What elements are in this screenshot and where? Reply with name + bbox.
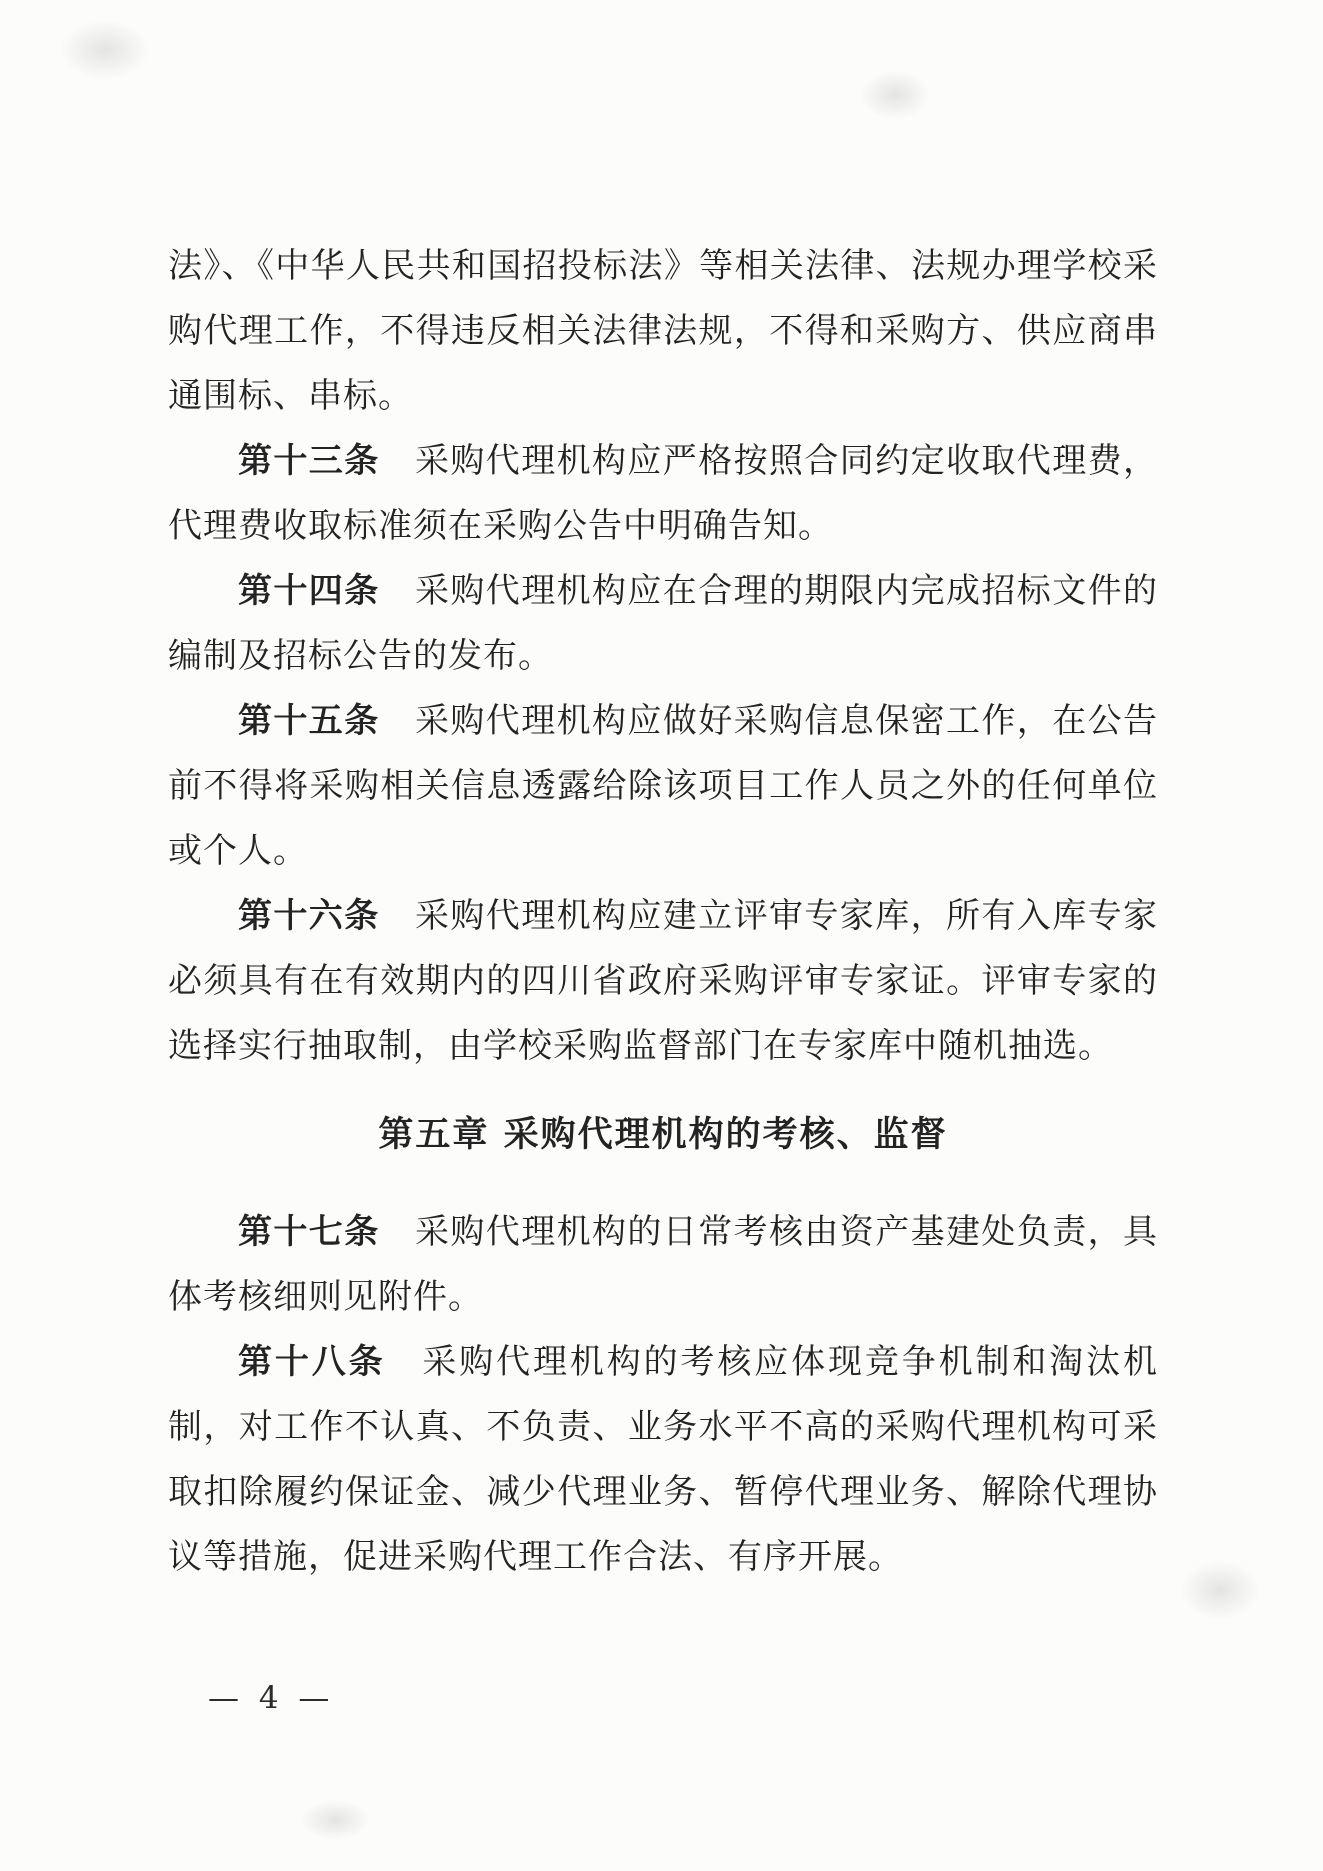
paragraph: 第十三条 采购代理机构应严格按照合同约定收取代理费，代理费收取标准须在采购公告中…	[168, 429, 1158, 559]
paragraph: 第十五条 采购代理机构应做好采购信息保密工作，在公告前不得将采购相关信息透露给除…	[168, 689, 1158, 884]
article-number: 第十五条	[238, 701, 380, 741]
paragraph: 第十七条 采购代理机构的日常考核由资产基建处负责，具体考核细则见附件。	[168, 1200, 1158, 1330]
article-number: 第十七条	[238, 1212, 380, 1252]
paragraph: 第十八条 采购代理机构的考核应体现竞争机制和淘汰机制，对工作不认真、不负责、业务…	[168, 1330, 1158, 1590]
article-number: 第十三条	[238, 441, 380, 481]
chapter-heading: 第五章 采购代理机构的考核、监督	[168, 1103, 1158, 1168]
scan-artifact	[60, 20, 150, 80]
scan-artifact	[300, 1800, 370, 1840]
scan-artifact	[860, 70, 930, 120]
scan-artifact	[1180, 1560, 1260, 1620]
page-number: — 4 —	[208, 1678, 334, 1718]
article-number: 第十四条	[238, 571, 380, 611]
paragraph: 法》、《中华人民共和国招投标法》等相关法律、法规办理学校采购代理工作，不得违反相…	[168, 234, 1158, 429]
paragraph: 第十四条 采购代理机构应在合理的期限内完成招标文件的编制及招标公告的发布。	[168, 559, 1158, 689]
paragraph-text: 法》、《中华人民共和国招投标法》等相关法律、法规办理学校采购代理工作，不得违反相…	[168, 246, 1158, 416]
article-number: 第十八条	[238, 1342, 386, 1382]
document-body: 法》、《中华人民共和国招投标法》等相关法律、法规办理学校采购代理工作，不得违反相…	[168, 234, 1158, 1590]
paragraph: 第十六条 采购代理机构应建立评审专家库，所有入库专家必须具有在有效期内的四川省政…	[168, 884, 1158, 1079]
article-number: 第十六条	[238, 896, 380, 936]
document-page: 法》、《中华人民共和国招投标法》等相关法律、法规办理学校采购代理工作，不得违反相…	[0, 0, 1323, 1871]
